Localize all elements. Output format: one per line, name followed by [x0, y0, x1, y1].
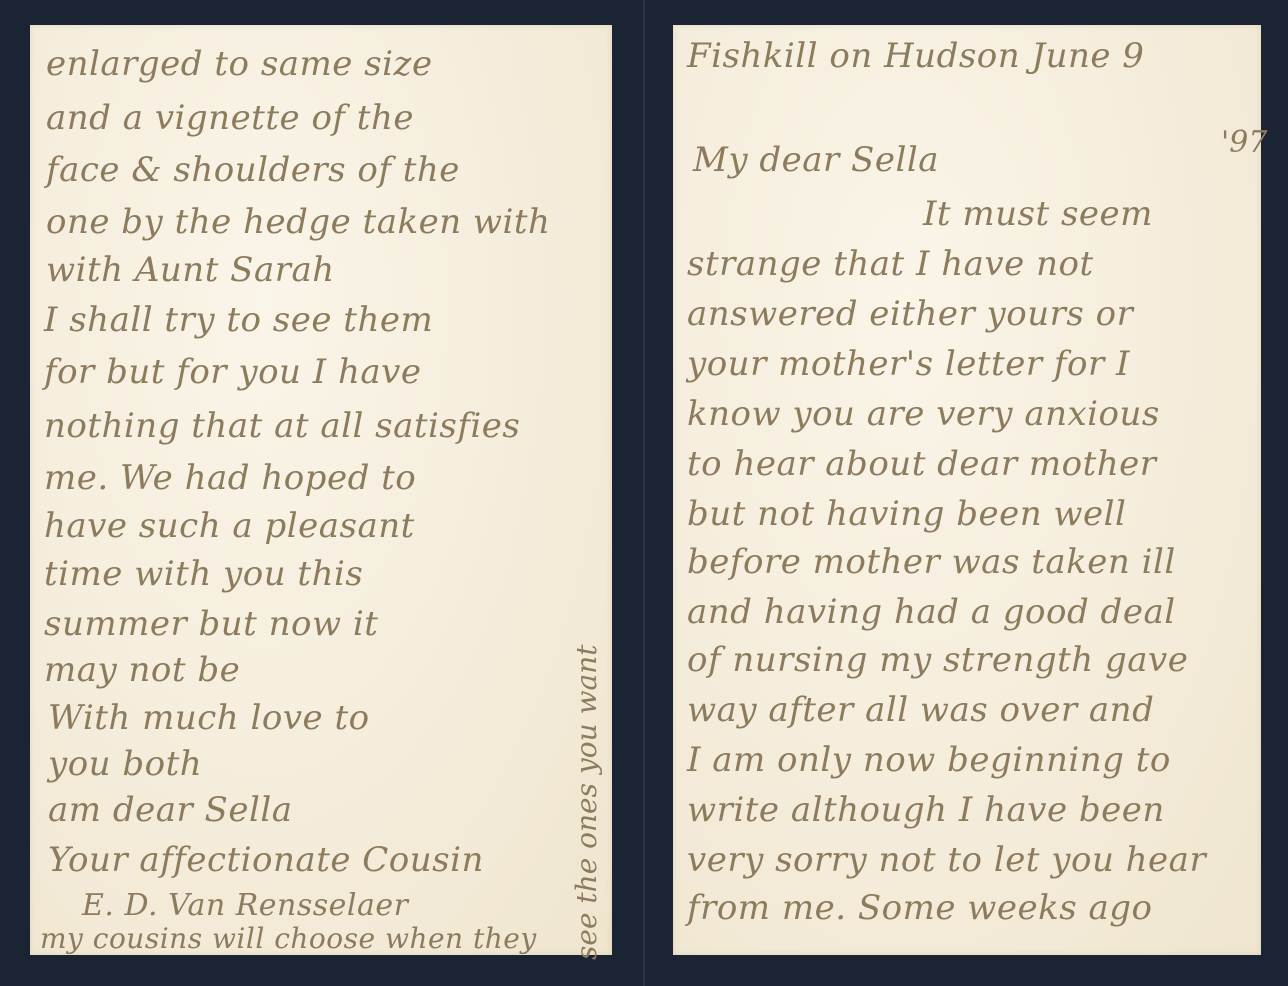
- letter-line: I shall try to see them: [44, 303, 433, 337]
- marginal-note: see the ones you want: [570, 645, 603, 960]
- letter-line: answered either yours or: [687, 297, 1133, 331]
- letter-line: time with you this: [44, 557, 363, 591]
- letter-line: before mother was taken ill: [687, 545, 1176, 579]
- letter-line: and having had a good deal: [687, 595, 1176, 629]
- letter-line: from me. Some weeks ago: [687, 891, 1152, 925]
- letter-line: Your affectionate Cousin: [48, 843, 484, 877]
- letter-line: strange that I have not: [687, 247, 1094, 281]
- letter-line: with Aunt Sarah: [46, 253, 335, 287]
- salutation: My dear Sella: [693, 143, 939, 177]
- letter-line: write although I have been: [687, 793, 1165, 827]
- letter-line: nothing that at all satisfies: [44, 409, 520, 443]
- left-page: enlarged to same size and a vignette of …: [30, 25, 612, 955]
- letter-line: It must seem: [923, 197, 1153, 231]
- letter-line: am dear Sella: [48, 793, 292, 827]
- letter-line: way after all was over and: [687, 693, 1154, 727]
- letter-line: know you are very anxious: [687, 397, 1160, 431]
- letter-line: have such a pleasant: [44, 509, 415, 543]
- letter-line: your mother's letter for I: [687, 347, 1130, 381]
- letter-line: enlarged to same size: [46, 47, 433, 81]
- letter-line: my cousins will choose when they: [40, 925, 537, 953]
- center-fold: [643, 0, 645, 986]
- letter-line: I am only now beginning to: [687, 743, 1171, 777]
- letter-line: one by the hedge taken with: [46, 205, 550, 239]
- letter-year: '97: [1221, 125, 1267, 160]
- letter-line: and a vignette of the: [46, 101, 414, 135]
- letter-line: me. We had hoped to: [44, 461, 416, 495]
- letter-line: very sorry not to let you hear: [687, 843, 1206, 877]
- right-page: Fishkill on Hudson June 9 '97 My dear Se…: [673, 25, 1261, 955]
- letter-line: of nursing my strength gave: [687, 643, 1188, 677]
- letter-line: may not be: [44, 653, 240, 687]
- letter-line: face & shoulders of the: [46, 153, 460, 187]
- letter-line: summer but now it: [44, 607, 378, 641]
- letter-line: With much love to: [48, 701, 370, 735]
- letter-heading: Fishkill on Hudson June 9: [687, 39, 1144, 73]
- letter-line: you both: [48, 747, 202, 781]
- letter-line: for but for you I have: [44, 355, 421, 389]
- signature: E. D. Van Rensselaer: [82, 891, 408, 921]
- letter-line: but not having been well: [687, 497, 1126, 531]
- letter-line: to hear about dear mother: [687, 447, 1157, 481]
